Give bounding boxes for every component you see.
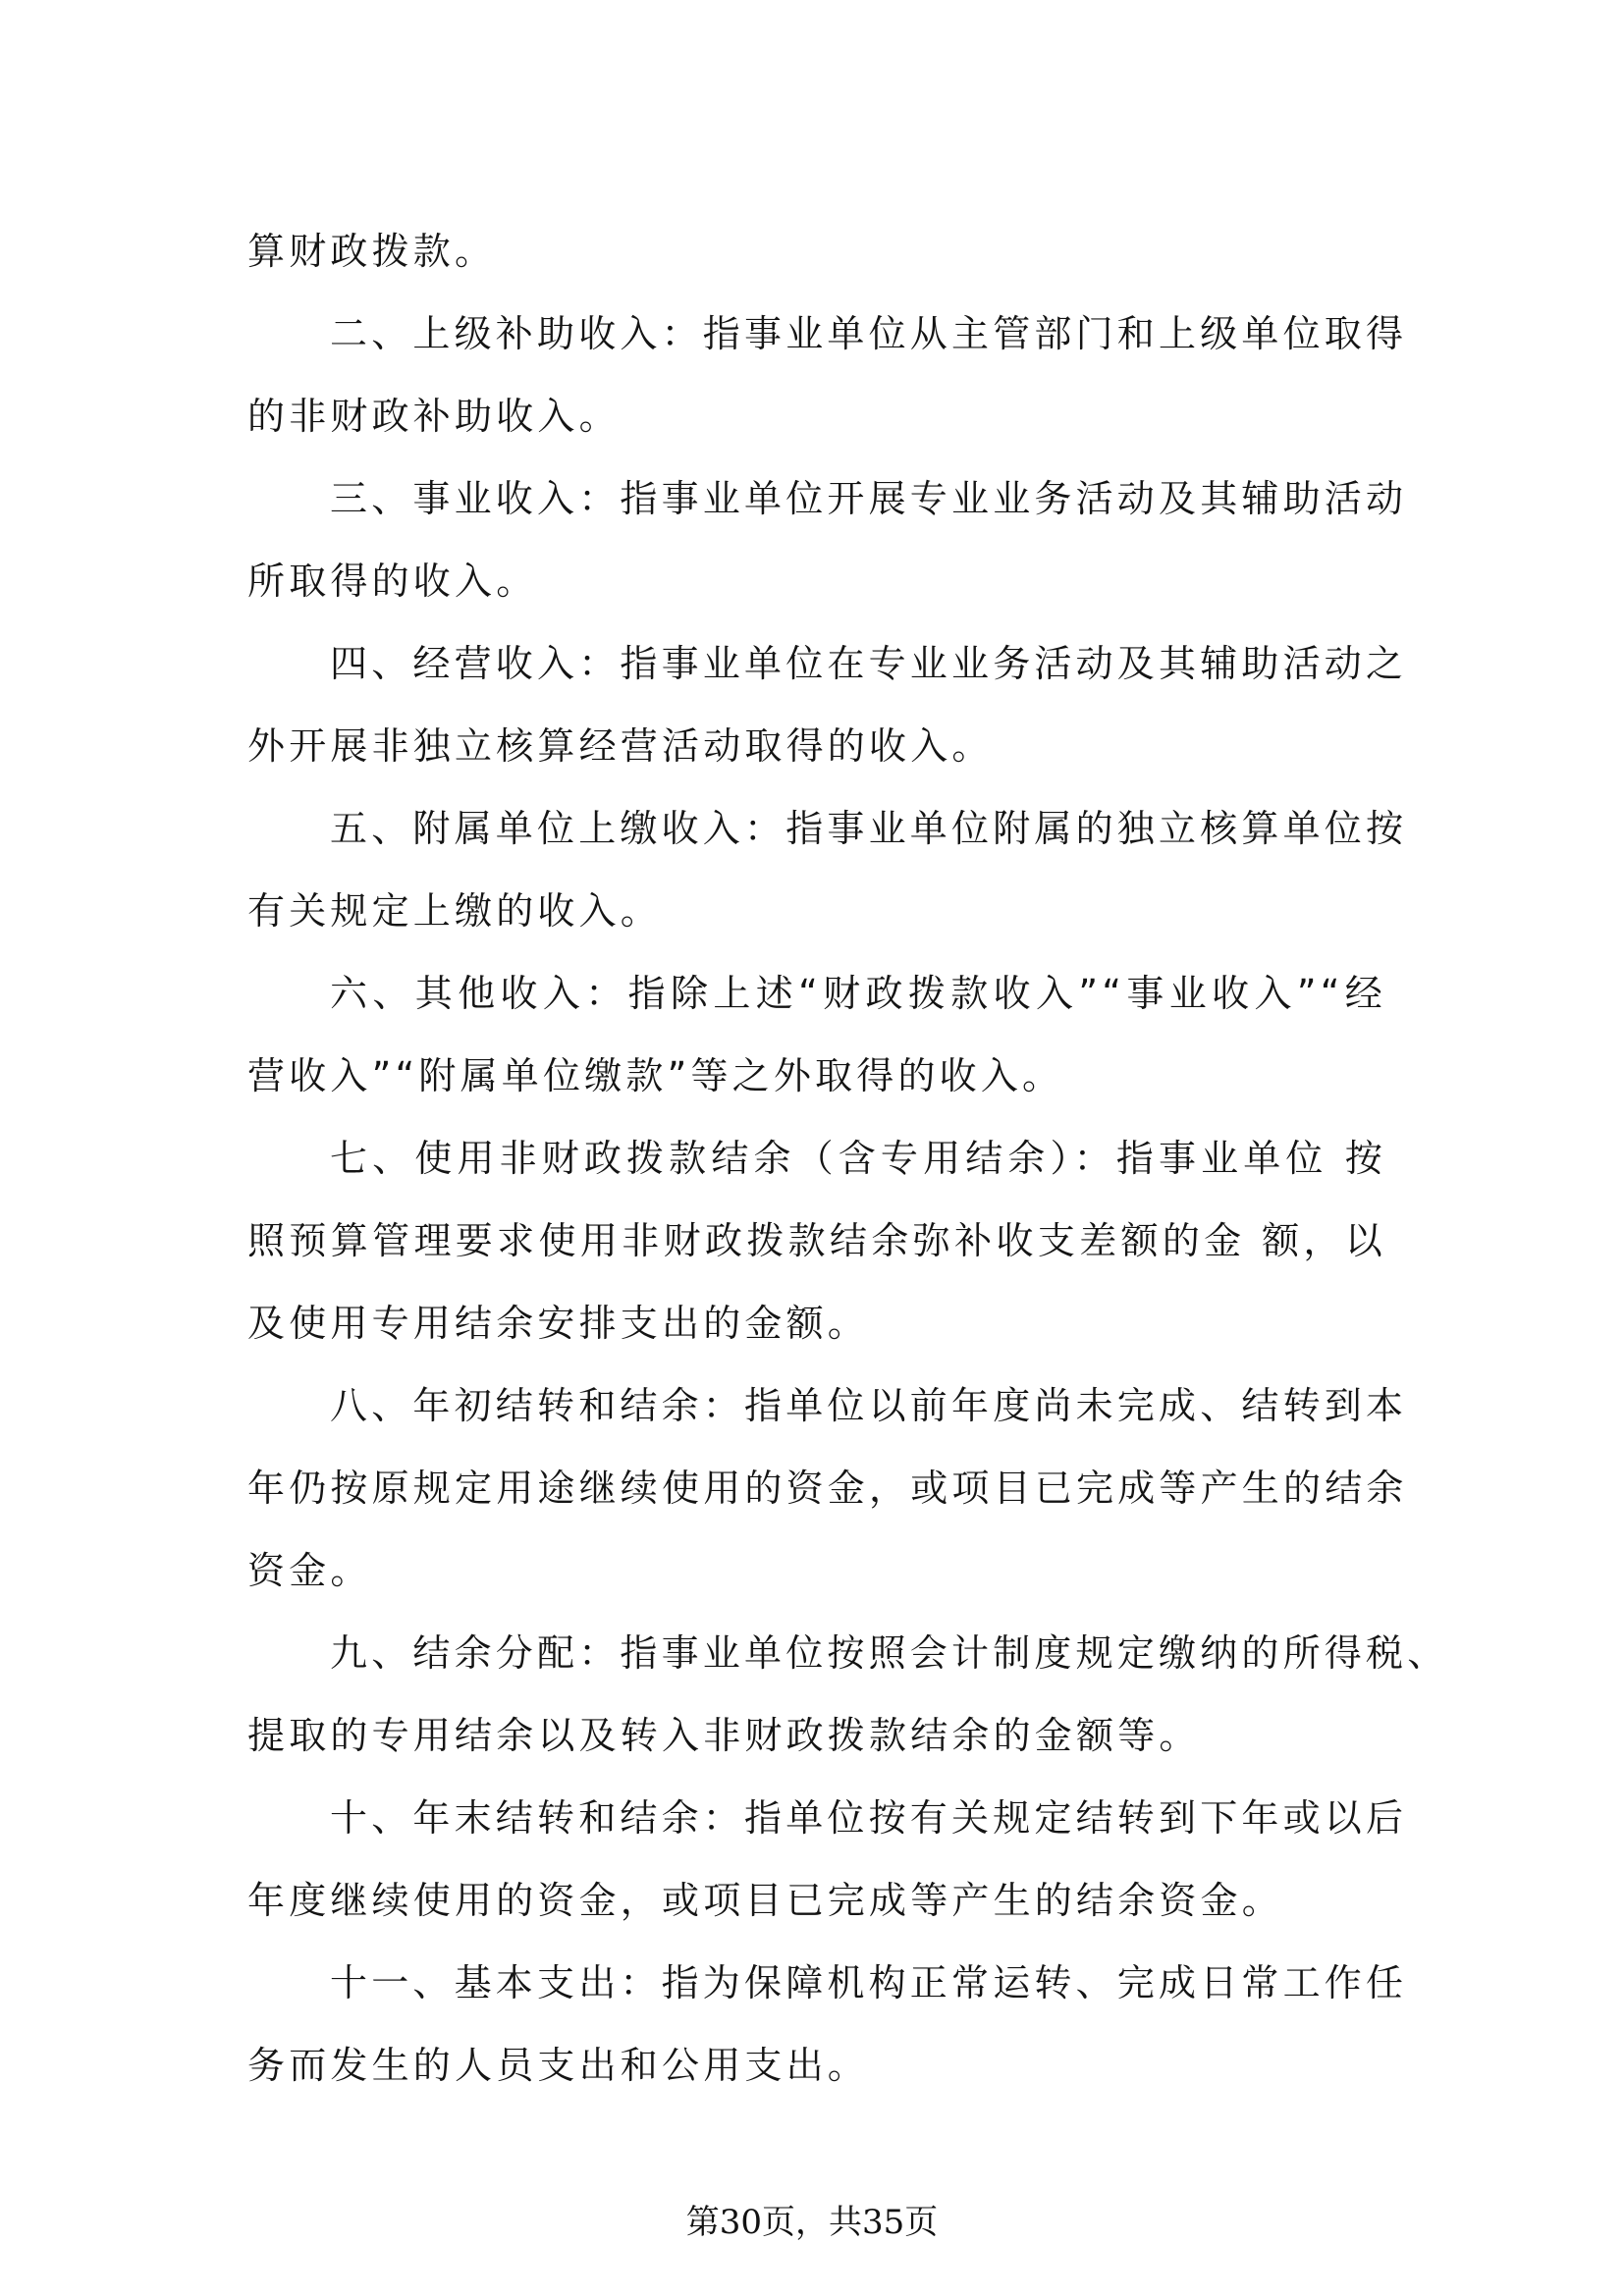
paragraph-line: 有关规定上缴的收入。	[247, 887, 1386, 934]
paragraph-line: 年度继续使用的资金，或项目已完成等产生的结余资金。	[247, 1877, 1386, 1924]
paragraph-line: 资金。	[247, 1547, 1386, 1594]
paragraph-line: 营收入”“附属单位缴款”等之外取得的收入。	[247, 1052, 1386, 1099]
paragraph-line: 外开展非独立核算经营活动取得的收入。	[247, 722, 1386, 770]
paragraph-line: 算财政拨款。	[247, 228, 1386, 275]
paragraph-line: 照预算管理要求使用非财政拨款结余弥补收支差额的金 额，以	[247, 1217, 1386, 1264]
paragraph-line: 十一、基本支出：指为保障机构正常运转、完成日常工作任	[330, 1959, 1386, 2006]
paragraph-line: 及使用专用结余安排支出的金额。	[247, 1300, 1386, 1347]
paragraph-line: 五、附属单位上缴收入：指事业单位附属的独立核算单位按	[330, 805, 1386, 852]
paragraph-line: 二、上级补助收入：指事业单位从主管部门和上级单位取得	[330, 310, 1386, 357]
paragraph-line: 的非财政补助收入。	[247, 393, 1386, 440]
paragraph-line: 四、经营收入：指事业单位在专业业务活动及其辅助活动之	[330, 640, 1386, 687]
paragraph-line: 七、使用非财政拨款结余（含专用结余）：指事业单位 按	[330, 1135, 1386, 1182]
paragraph-line: 十、年末结转和结余：指单位按有关规定结转到下年或以后	[330, 1794, 1386, 1842]
page-number-footer: 第30页，共35页	[0, 2201, 1624, 2244]
paragraph-line: 八、年初结转和结余：指单位以前年度尚未完成、结转到本	[330, 1382, 1386, 1429]
paragraph-line: 六、其他收入：指除上述“财政拨款收入”“事业收入”“经	[330, 970, 1386, 1017]
paragraph-line: 提取的专用结余以及转入非财政拨款结余的金额等。	[247, 1712, 1386, 1759]
paragraph-line: 年仍按原规定用途继续使用的资金，或项目已完成等产生的结余	[247, 1465, 1386, 1512]
paragraph-line: 三、事业收入：指事业单位开展专业业务活动及其辅助活动	[330, 475, 1386, 522]
paragraph-line: 九、结余分配：指事业单位按照会计制度规定缴纳的所得税、	[330, 1629, 1386, 1677]
document-page: 算财政拨款。 二、上级补助收入：指事业单位从主管部门和上级单位取得 的非财政补助…	[0, 0, 1624, 2296]
paragraph-line: 务而发生的人员支出和公用支出。	[247, 2042, 1386, 2089]
paragraph-line: 所取得的收入。	[247, 558, 1386, 605]
